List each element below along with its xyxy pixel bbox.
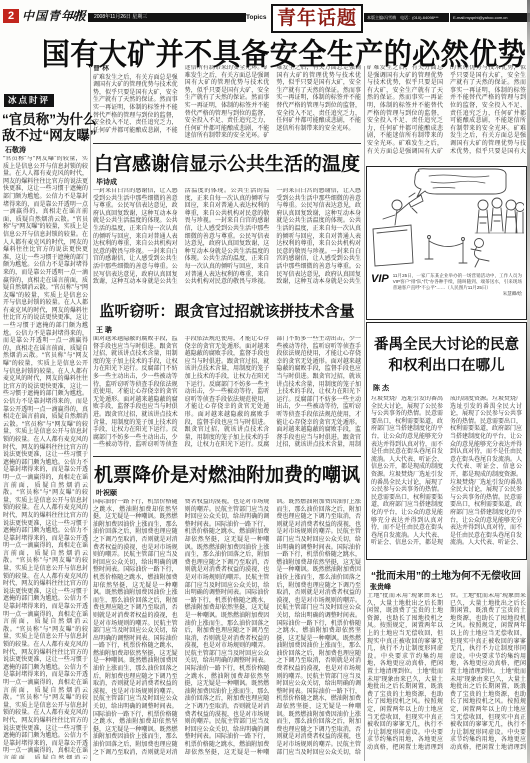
contact-bar-right: E-mail:myqnht@yahoo.com.cn [450,13,530,22]
column-rule-left [90,66,91,761]
page-number-badge: 2 [3,9,19,23]
topics-label: Topics [246,14,266,21]
panyu-headline-line2: 和权利出口在哪儿 [367,354,526,375]
jipiao-body: 国际油价一路下行，机票价格随之跳水，燃油附加费却依然坚挺，这无疑是一种嘲讽。既然… [93,499,361,760]
tudi-headline: “批而未用”的土地为何不无偿收回 [366,567,526,582]
jipiao-headline: 机票降价是对燃油附加费的嘲讽 [93,460,361,487]
lead-article-body: 曹 林矿难发生之后，有关方面总是强调国有大矿的管理优势与技术优势，似乎只要是国有… [93,65,361,142]
date-bar: 2008年11月26日 星期三 [88,13,246,22]
baigong-body: 一封来自白宫的感谢信，让人感受到公共生活中那些细微的善意与尊重。公民写信表达意见… [93,188,361,293]
sidebar-title-line2: 敌不过“网友曝” [2,124,90,144]
divider-above-jipiao [93,456,361,457]
tudi-body: 土地“批而未用”现象由来已久，大量土地批出之后长期闲置，既浪费了宝贵的土地资源，… [367,593,526,760]
contact-bar-left: 本版主编/冯雪梅 电话：(010)-64098*** [364,13,449,22]
column-rule-right [364,66,365,761]
cartoon-caption: 11月25日，一家广东某企业举办的一场营销活动中，工作人员为VIP客户“排”队“… [393,273,522,291]
panyu-body: 垃圾焚烧厂选址引发的番禺全民大讨论，展现了公民参与公共事务的热情。民意需要出口，… [371,396,522,554]
baigong-author: 毕诗成 [96,177,117,187]
cartoon-credit: 朱慧卿/绘 [393,291,522,297]
lead-article-text: 矿难发生之后，有关方面总是强调国有大矿的管理优势与技术优势，似乎只要是国有大矿，… [93,65,361,139]
sidebar-author: 石敬涛 [5,145,26,155]
newspaper-page: 2 中国青年报 //// 2008年11月26日 星期三 Topics 青年话题… [0,0,530,763]
tudi-author: 张贵峰 [370,582,391,592]
panyu-headline-line1: 番禺全民大讨论的民意 [367,333,526,354]
sidebar-body-text: “官员称”与“网友曝”的较量，实质上是信息公开与信息封锁的较量。在人人都有麦克风… [3,156,88,759]
jipiao-author: 叶祝颐 [96,488,117,498]
cartoon-drawing [367,167,524,271]
cartoon-box: VIP 11月25日，一家广东某企业举办的一场营销活动中，工作人员为VIP客户“… [366,166,527,320]
main-headline: 国有大矿并不具备安全生产的必然优势 [40,31,528,67]
sidebar-label: 冰点时评 [4,94,54,107]
lead-article-author: 曹 林 [93,65,178,73]
masthead-slashes-decoration: //// [70,10,82,22]
panyu-author: 陈 杰 [373,383,526,393]
panyu-box: 番禺全民大讨论的民意 和权利出口在哪儿 陈 杰 垃圾焚烧厂选址引发的番禺全民大讨… [366,322,527,560]
section-title-box: 青年话题 [271,4,363,33]
jianting-body: 面对越来越隐蔽的腐败手段，监督手段也应当与时俱进。跟贪官过招，就该讲点技术含量，… [93,336,361,451]
jianting-author: 王 聃 [96,325,112,335]
vip-label: VIP [371,273,389,285]
divider-above-baigong [93,143,361,144]
baigong-headline: 白宫感谢信显示公共生活的温度 [93,149,361,176]
lead-article-continuation: 矿难发生之后，有关方面总是强调国有大矿的管理优势与技术优势，似乎只要是国有大矿，… [367,65,526,163]
jianting-headline: 监听窃听：跟贪官过招就该拼技术含量 [93,300,361,321]
